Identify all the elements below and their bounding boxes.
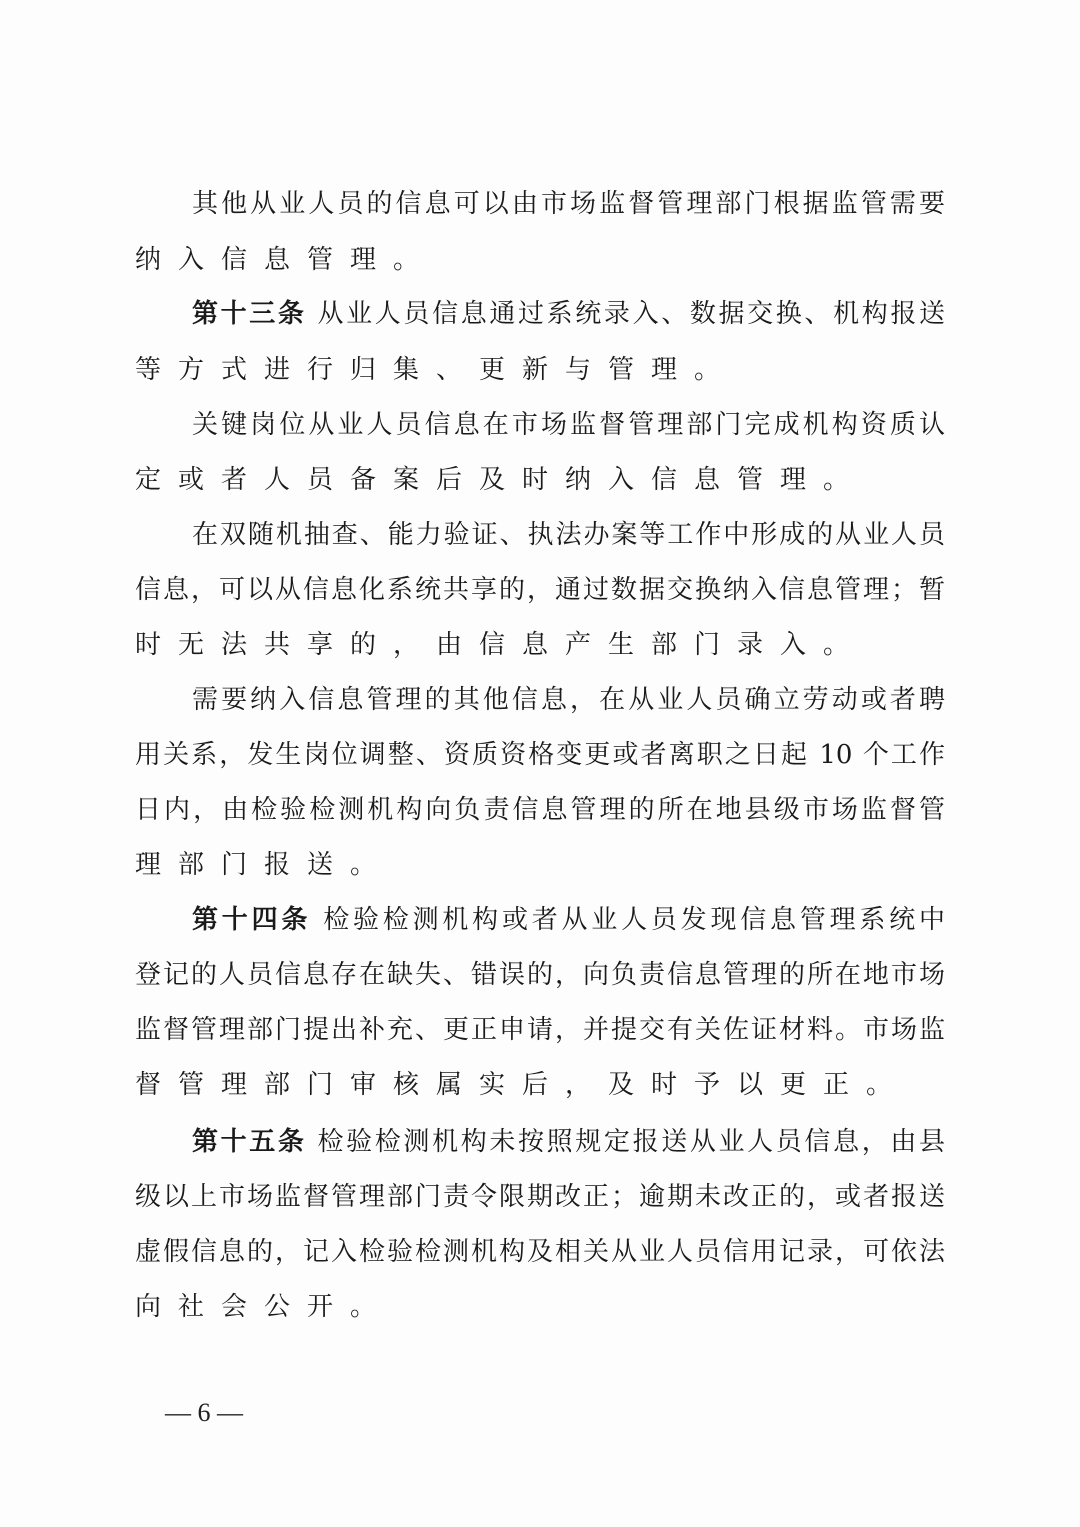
article-15-line: 第十五条 检验检测机构未按照规定报送从业人员信息，由县 [192, 1122, 945, 1162]
paragraph-line: 需要纳入信息管理的其他信息，在从业人员确立劳动或者聘 [192, 680, 945, 720]
article-heading: 第十四条 [192, 905, 311, 935]
article-text: 检验检测机构未按照规定报送从业人员信息，由县 [318, 1127, 946, 1157]
paragraph-line: 虚假信息的，记入检验检测机构及相关从业人员信用记录，可依法 [135, 1232, 945, 1272]
paragraph-line: 日内，由检验检测机构向负责信息管理的所在地县级市场监督管 [135, 790, 945, 830]
document-page: 其他从业人员的信息可以由市场监督管理部门根据监管需要 纳入信息管理。 第十三条 … [0, 0, 1080, 1527]
page-number: — 6 — [165, 1395, 243, 1431]
paragraph-line: 理部门报送。 [135, 845, 945, 885]
paragraph-line: 信息，可以从信息化系统共享的，通过数据交换纳入信息管理；暂 [135, 570, 945, 610]
paragraph-line: 级以上市场监督管理部门责令限期改正；逾期未改正的，或者报送 [135, 1177, 945, 1217]
article-14-line: 第十四条 检验检测机构或者从业人员发现信息管理系统中 [192, 900, 945, 940]
paragraph-line: 纳入信息管理。 [135, 240, 945, 280]
article-text: 从业人员信息通过系统录入、数据交换、机构报送 [318, 299, 946, 329]
article-text: 检验检测机构或者从业人员发现信息管理系统中 [323, 905, 945, 935]
paragraph-line: 登记的人员信息存在缺失、错误的，向负责信息管理的所在地市场 [135, 955, 945, 995]
article-heading: 第十三条 [192, 299, 307, 329]
paragraph-line: 关键岗位从业人员信息在市场监督管理部门完成机构资质认 [192, 405, 945, 445]
article-13-line: 第十三条 从业人员信息通过系统录入、数据交换、机构报送 [192, 294, 945, 334]
paragraph-line: 用关系，发生岗位调整、资质资格变更或者离职之日起 10 个工作 [135, 735, 945, 775]
paragraph-line: 定或者人员备案后及时纳入信息管理。 [135, 460, 945, 500]
paragraph-line: 监督管理部门提出补充、更正申请，并提交有关佐证材料。市场监 [135, 1010, 945, 1050]
paragraph-line: 等方式进行归集、更新与管理。 [135, 350, 945, 390]
article-heading: 第十五条 [192, 1127, 307, 1157]
paragraph-line: 向社会公开。 [135, 1287, 945, 1327]
paragraph-line: 督管理部门审核属实后，及时予以更正。 [135, 1065, 945, 1105]
paragraph-line: 时无法共享的，由信息产生部门录入。 [135, 625, 945, 665]
paragraph-line: 其他从业人员的信息可以由市场监督管理部门根据监管需要 [192, 184, 945, 224]
paragraph-line: 在双随机抽查、能力验证、执法办案等工作中形成的从业人员 [192, 515, 945, 555]
